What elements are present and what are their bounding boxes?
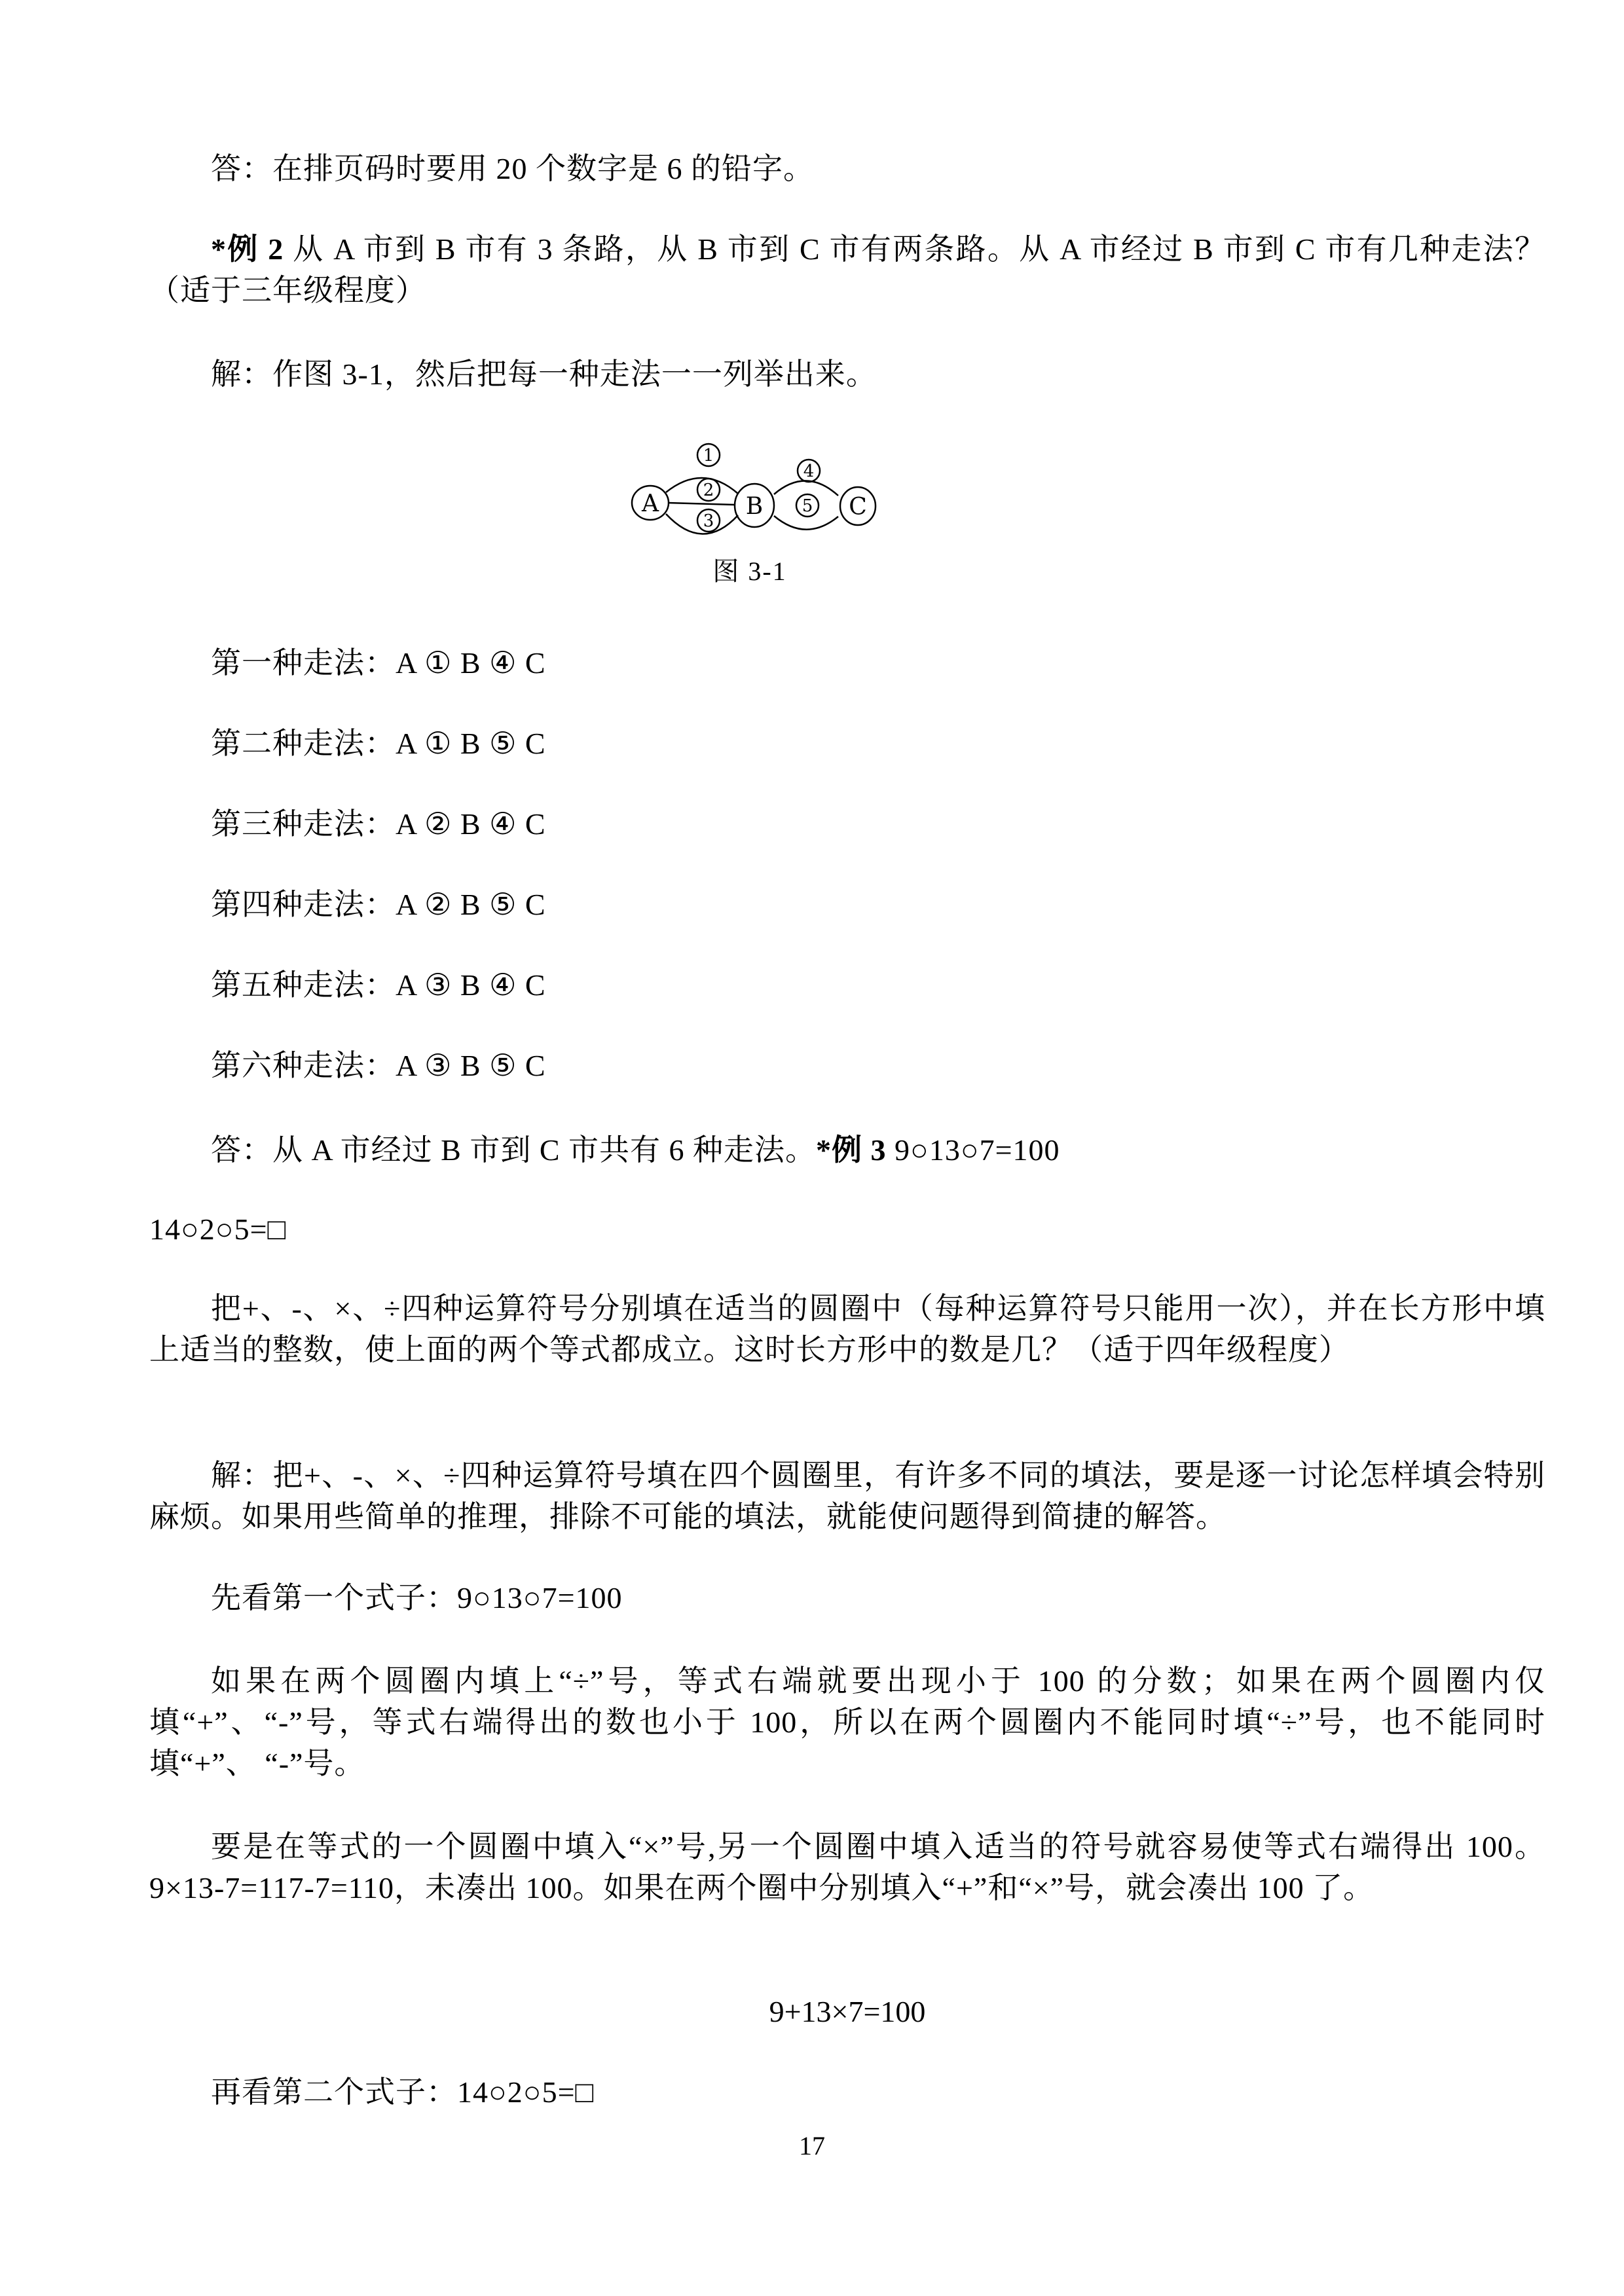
paragraph-reasoning-multiply: 要是在等式的一个圆圈中填入“×”号,另一个圆圈中填入适当的符号就容易使等式右端得… [149, 1826, 1545, 1908]
road-1-label: 1 [703, 446, 714, 465]
node-a-label: A [641, 490, 659, 517]
answer2-text: 答：从 A 市经过 B 市到 C 市共有 6 种走法。 [211, 1133, 816, 1167]
paragraph-answer-page-numbers: 答：在排页码时要用 20 个数字是 6 的铅字。 [149, 148, 1545, 189]
example3-equation2: 14○2○5=□ [149, 1209, 1545, 1250]
road-4-label: 4 [803, 462, 815, 481]
node-c-label: C [849, 494, 867, 520]
walk-line-5: 第五种走法：A ③ B ④ C [211, 964, 1521, 1006]
example3-label: *例 3 [816, 1133, 887, 1167]
paragraph-first-equation-lead: 先看第一个式子：9○13○7=100 [149, 1577, 1545, 1618]
paragraph-example2: *例 2 从 A 市到 B 市有 3 条路，从 B 市到 C 市有两条路。从 A… [149, 228, 1545, 311]
road-2-line [668, 503, 735, 505]
road-2-label: 2 [703, 481, 714, 500]
walk-line-6: 第六种走法：A ③ B ⑤ C [211, 1045, 1521, 1086]
paragraph-second-equation-lead: 再看第二个式子：14○2○5=□ [149, 2071, 1545, 2113]
road-5-label: 5 [802, 496, 813, 516]
walk-line-2: 第二种走法：A ① B ⑤ C [211, 723, 1521, 764]
figure-caption: 图 3-1 [612, 555, 887, 588]
paragraph-example3-requirements: 把+、-、×、÷四种运算符号分别填在适当的圆圈中（每种运算符号只能用一次），并在… [149, 1288, 1545, 1370]
walk-line-1: 第一种走法：A ① B ④ C [211, 642, 1521, 683]
example2-body: 从 A 市到 B 市有 3 条路，从 B 市到 C 市有两条路。从 A 市经过 … [149, 232, 1545, 307]
page-number: 17 [0, 2130, 1624, 2162]
road-4-arc [774, 481, 838, 496]
walk-line-4: 第四种走法：A ② B ⑤ C [211, 884, 1521, 925]
paragraph-reasoning-no-divide: 如果在两个圆圈内填上“÷”号，等式右端就要出现小于 100 的分数；如果在两个圆… [149, 1660, 1545, 1784]
node-b-label: B [746, 493, 763, 520]
road-3-label: 3 [703, 511, 714, 531]
paragraph-solution2-intro: 解：作图 3-1，然后把每一种走法一一列举出来。 [149, 354, 1545, 395]
example3-equation1: 9○13○7=100 [887, 1133, 1060, 1167]
paragraph-solution3-intro: 解：把+、-、×、÷四种运算符号填在四个圆圈里，有许多不同的填法，要是逐一讨论怎… [149, 1455, 1545, 1537]
paragraph-answer2-example3: 答：从 A 市经过 B 市到 C 市共有 6 种走法。*例 3 9○13○7=1… [149, 1129, 1545, 1171]
result-equation: 9+13×7=100 [149, 1991, 1545, 2032]
example2-label: *例 2 [211, 232, 284, 266]
road-5-arc [774, 516, 838, 530]
walk-line-3: 第三种走法：A ② B ④ C [211, 803, 1521, 845]
document-page: 答：在排页码时要用 20 个数字是 6 的铅字。 *例 2 从 A 市到 B 市… [0, 0, 1624, 2296]
road-3-arc [666, 514, 738, 534]
